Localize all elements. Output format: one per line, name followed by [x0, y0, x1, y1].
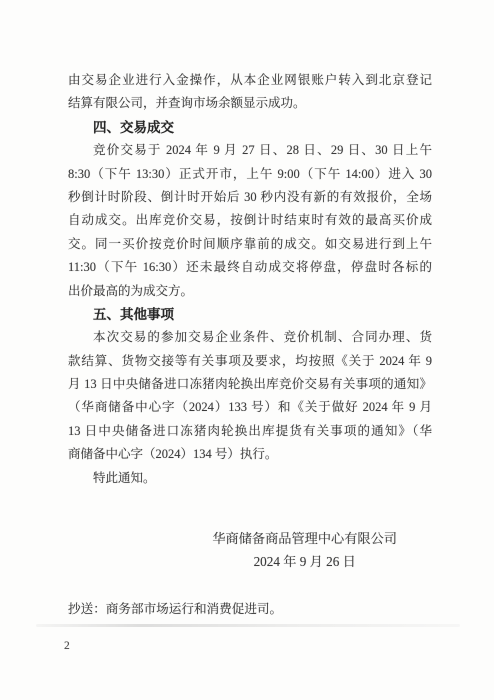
- signature-block: 华商储备商品管理中心有限公司 2024 年 9 月 26 日: [212, 527, 397, 573]
- document-line: （华商储备中心字（2024）133 号）和《关于做好 2024 年 9 月: [68, 396, 432, 419]
- document-body: 由交易企业进行入金操作，从本企业网银账户转入到北京登记结算有限公司，并查询市场余…: [68, 69, 432, 490]
- page-number: 2: [64, 640, 70, 652]
- document-line: 商储备中心字（2024）134 号）执行。: [68, 443, 432, 466]
- document-line: 结算有限公司，并查询市场余额显示成功。: [68, 92, 432, 115]
- document-line: 11:30（下午 16:30）还未最终自动成交将停盘，停盘时各标的: [68, 256, 432, 279]
- document-line: 8:30（下午 13:30）正式开市，上午 9:00（下午 14:00）进入 3…: [68, 163, 432, 186]
- document-line: 月 13 日中央储备进口冻猪肉轮换出库竞价交易有关事项的通知》: [68, 373, 432, 396]
- signature-organization: 华商储备商品管理中心有限公司: [212, 527, 397, 550]
- document-line: 交。同一买价按竞价时间顺序靠前的成交。如交易进行到上午: [68, 233, 432, 256]
- section-heading: 四、交易成交: [68, 116, 432, 139]
- document-line: 由交易企业进行入金操作，从本企业网银账户转入到北京登记: [68, 69, 432, 92]
- document-line: 秒倒计时阶段、倒计时开始后 30 秒内没有新的有效报价，全场: [68, 186, 432, 209]
- document-line: 出价最高的为成交方。: [68, 280, 432, 303]
- scan-artifact: [36, 624, 460, 627]
- document-line: 款结算、货物交接等有关事项及要求，均按照《关于 2024 年 9: [68, 350, 432, 373]
- section-heading: 五、其他事项: [68, 303, 432, 326]
- document-line: 13 日中央储备进口冻猪肉轮换出库提货有关事项的通知》（华: [68, 420, 432, 443]
- document-line: 本次交易的参加交易企业条件、竞价机制、合同办理、货: [68, 326, 432, 349]
- document-page: 由交易企业进行入金操作，从本企业网银账户转入到北京登记结算有限公司，并查询市场余…: [0, 0, 494, 700]
- cc-line: 抄送：商务部市场运行和消费促进司。: [68, 598, 282, 617]
- document-line: 特此通知。: [68, 467, 432, 490]
- signature-date: 2024 年 9 月 26 日: [212, 550, 397, 573]
- document-line: 自动成交。出库竞价交易，按倒计时结束时有效的最高买价成: [68, 209, 432, 232]
- document-line: 竞价交易于 2024 年 9 月 27 日、28 日、29 日、30 日上午: [68, 139, 432, 162]
